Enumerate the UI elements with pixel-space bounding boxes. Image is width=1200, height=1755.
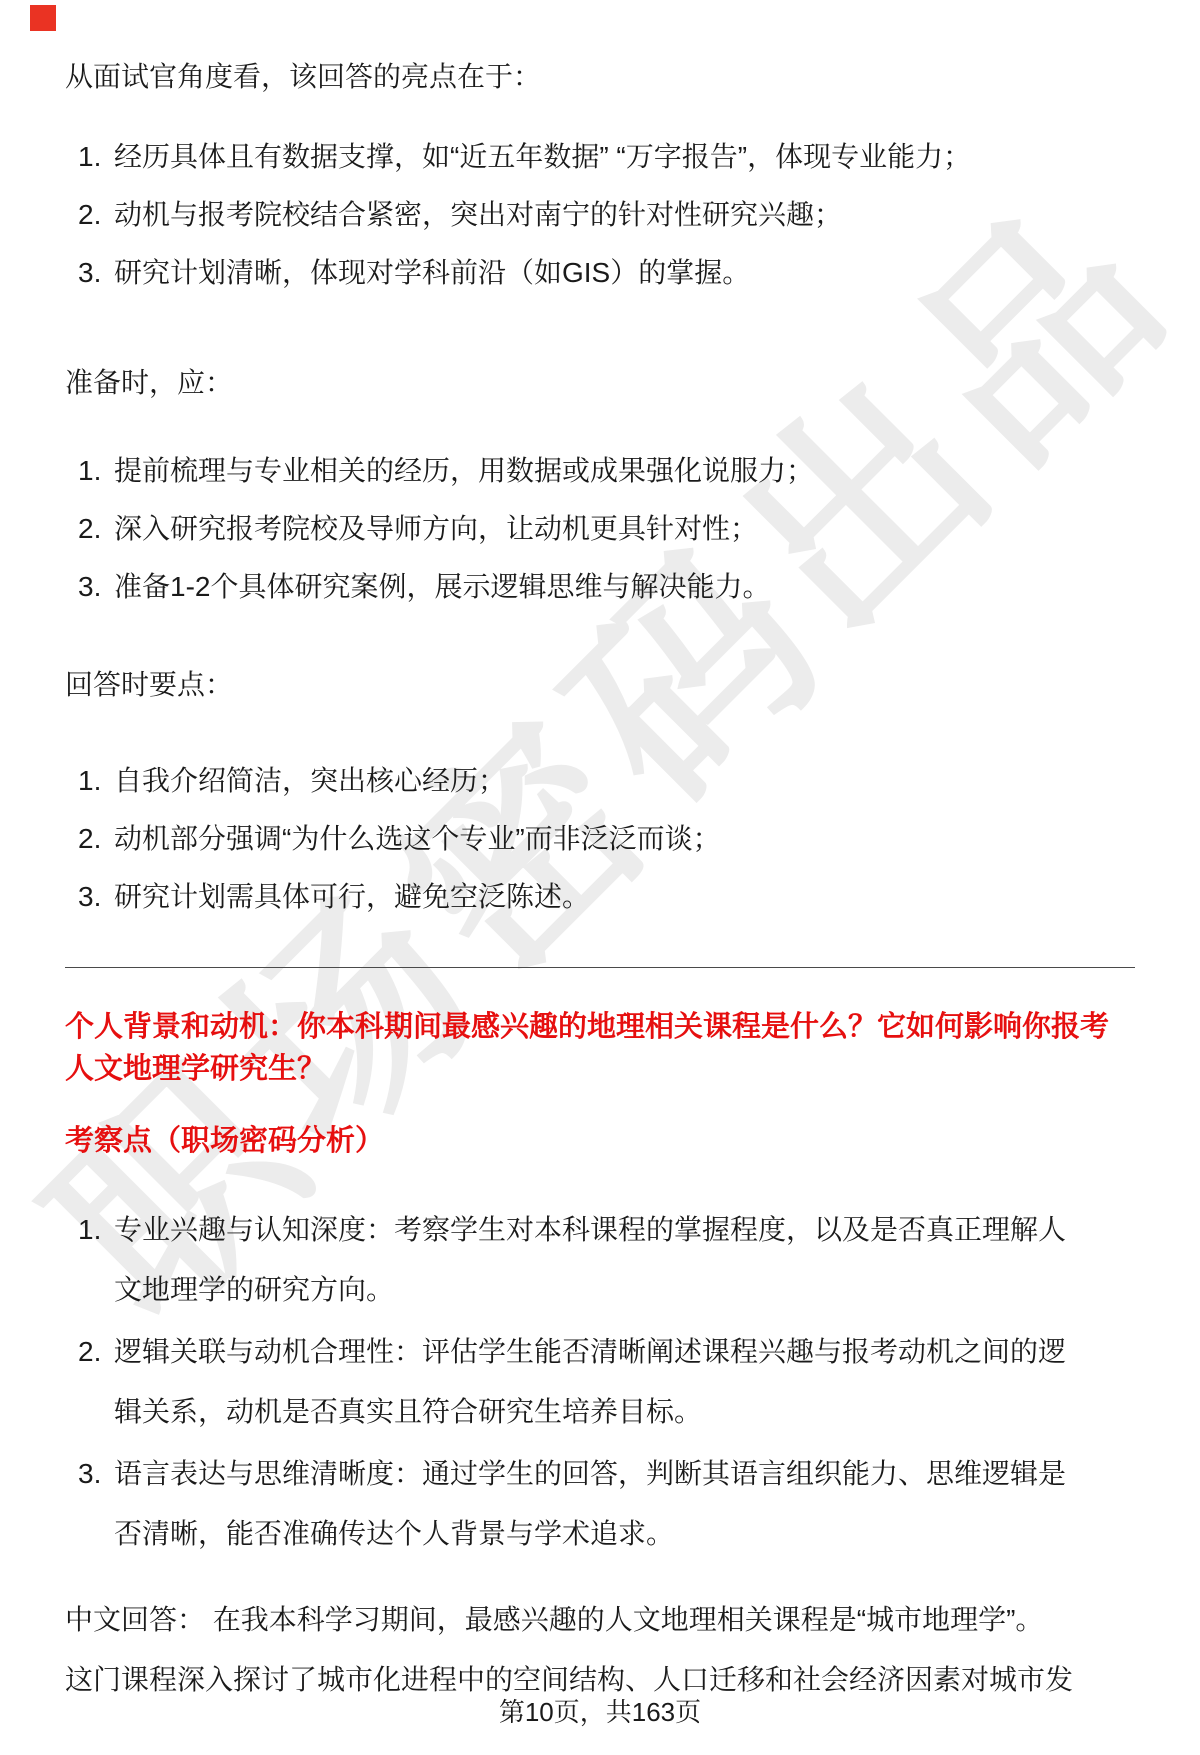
question-title: 个人背景和动机：你本科期间最感兴趣的地理相关课程是什么？它如何影响你报考人文地理… xyxy=(65,1006,1135,1090)
preparation-list: 1. 提前梳理与专业相关的经历，用数据或成果强化说服力； 2. 深入研究报考院校… xyxy=(78,452,1135,606)
document-page: 职场密码出品 从面试官角度看，该回答的亮点在于： 1. 经历具体且有数据支撑，如… xyxy=(0,0,1200,1755)
list-item: 2. 逻辑关联与动机合理性：评估学生能否清晰阐述课程兴趣与报考动机之间的逻辑关系… xyxy=(78,1322,1135,1442)
list-item-text: 自我介绍简洁，突出核心经历； xyxy=(114,762,1135,800)
assessment-points-list: 1. 专业兴趣与认知深度：考察学生对本科课程的掌握程度，以及是否真正理解人文地理… xyxy=(78,1200,1135,1564)
list-item: 2. 动机与报考院校结合紧密，突出对南宁的针对性研究兴趣； xyxy=(78,196,1135,234)
highlight-list: 1. 经历具体且有数据支撑，如“近五年数据” “万字报告”，体现专业能力； 2.… xyxy=(78,138,1135,292)
list-item-text: 研究计划清晰，体现对学科前沿（如GIS）的掌握。 xyxy=(114,254,1135,292)
list-item-number: 3. xyxy=(78,568,114,606)
list-item-number: 1. xyxy=(78,1200,114,1320)
list-item-number: 2. xyxy=(78,196,114,234)
list-item-number: 2. xyxy=(78,820,114,858)
list-item-text: 语言表达与思维清晰度：通过学生的回答，判断其语言组织能力、思维逻辑是否清晰，能否… xyxy=(114,1444,1074,1564)
list-item: 1. 经历具体且有数据支撑，如“近五年数据” “万字报告”，体现专业能力； xyxy=(78,138,1135,176)
analysis-label: 考察点（职场密码分析） xyxy=(65,1122,1135,1160)
list-item: 1. 自我介绍简洁，突出核心经历； xyxy=(78,762,1135,800)
list-item-number: 1. xyxy=(78,452,114,490)
list-item: 2. 动机部分强调“为什么选这个专业”而非泛泛而谈； xyxy=(78,820,1135,858)
corner-marker xyxy=(30,5,56,31)
list-item-text: 研究计划需具体可行，避免空泛陈述。 xyxy=(114,878,1135,916)
answer-line: 中文回答： 在我本科学习期间，最感兴趣的人文地理相关课程是“城市地理学”。 xyxy=(65,1590,1135,1650)
section-heading-interviewer-view: 从面试官角度看，该回答的亮点在于： xyxy=(65,58,1135,96)
list-item-number: 2. xyxy=(78,1322,114,1442)
page-number-footer: 第10页，共163页 xyxy=(0,1692,1200,1729)
list-item: 3. 研究计划清晰，体现对学科前沿（如GIS）的掌握。 xyxy=(78,254,1135,292)
list-item-number: 1. xyxy=(78,762,114,800)
list-item: 3. 研究计划需具体可行，避免空泛陈述。 xyxy=(78,878,1135,916)
section-heading-preparation: 准备时，应： xyxy=(65,364,1135,402)
list-item-text: 深入研究报考院校及导师方向，让动机更具针对性； xyxy=(114,510,1135,548)
list-item: 1. 提前梳理与专业相关的经历，用数据或成果强化说服力； xyxy=(78,452,1135,490)
section-heading-answer-keypoints: 回答时要点： xyxy=(65,666,1135,704)
list-item-text: 动机与报考院校结合紧密，突出对南宁的针对性研究兴趣； xyxy=(114,196,1135,234)
list-item-number: 3. xyxy=(78,878,114,916)
list-item-text: 提前梳理与专业相关的经历，用数据或成果强化说服力； xyxy=(114,452,1135,490)
list-item-number: 3. xyxy=(78,254,114,292)
list-item-text: 准备1-2个具体研究案例，展示逻辑思维与解决能力。 xyxy=(114,568,1135,606)
list-item-text: 逻辑关联与动机合理性：评估学生能否清晰阐述课程兴趣与报考动机之间的逻辑关系，动机… xyxy=(114,1322,1074,1442)
list-item-number: 1. xyxy=(78,138,114,176)
list-item-number: 3. xyxy=(78,1444,114,1564)
list-item: 3. 准备1-2个具体研究案例，展示逻辑思维与解决能力。 xyxy=(78,568,1135,606)
answer-keypoints-list: 1. 自我介绍简洁，突出核心经历； 2. 动机部分强调“为什么选这个专业”而非泛… xyxy=(78,762,1135,916)
list-item-text: 经历具体且有数据支撑，如“近五年数据” “万字报告”，体现专业能力； xyxy=(114,138,1135,176)
list-item-number: 2. xyxy=(78,510,114,548)
list-item: 1. 专业兴趣与认知深度：考察学生对本科课程的掌握程度，以及是否真正理解人文地理… xyxy=(78,1200,1135,1320)
list-item-text: 动机部分强调“为什么选这个专业”而非泛泛而谈； xyxy=(114,820,1135,858)
list-item: 3. 语言表达与思维清晰度：通过学生的回答，判断其语言组织能力、思维逻辑是否清晰… xyxy=(78,1444,1135,1564)
list-item-text: 专业兴趣与认知深度：考察学生对本科课程的掌握程度，以及是否真正理解人文地理学的研… xyxy=(114,1200,1074,1320)
document-content: 从面试官角度看，该回答的亮点在于： 1. 经历具体且有数据支撑，如“近五年数据”… xyxy=(0,0,1200,1710)
section-divider xyxy=(65,967,1135,968)
list-item: 2. 深入研究报考院校及导师方向，让动机更具针对性； xyxy=(78,510,1135,548)
